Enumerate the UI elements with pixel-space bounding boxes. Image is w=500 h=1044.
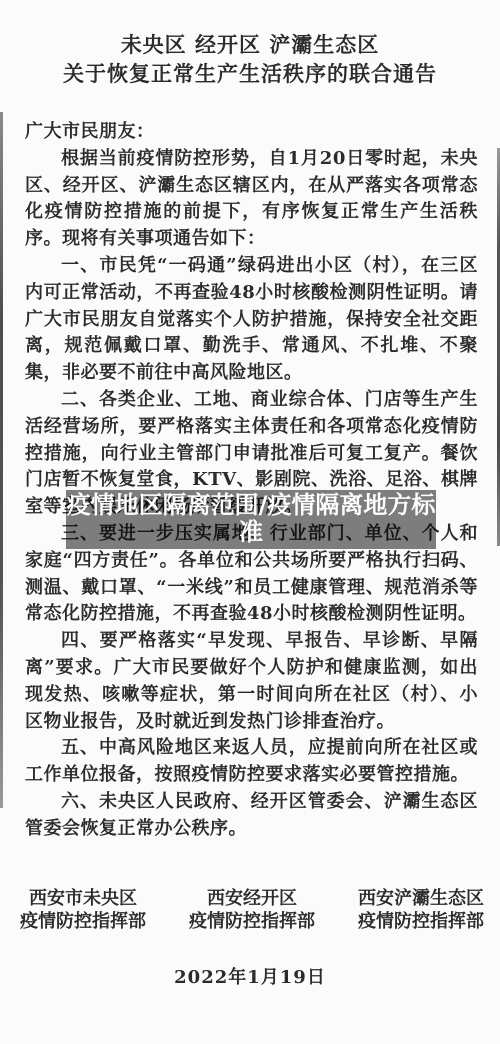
notice-paragraph-5: 四、要严格落实“早发现、早报告、早诊断、早隔离”要求。广大市民要做好个人防护和健…: [25, 628, 478, 735]
notice-title-line1: 未央区 经开区 浐灞生态区: [0, 30, 500, 59]
signature-block: 西安市未央区 疫情防控指挥部 西安经开区 疫情防控指挥部 西安浐灞生态区 疫情防…: [20, 887, 484, 933]
signature-dept: 疫情防控指挥部: [20, 910, 146, 933]
caption-overlay: 疫情地区隔离范围/疫情隔离地方标准: [66, 490, 436, 549]
notice-title: 未央区 经开区 浐灞生态区 关于恢复正常生产生活秩序的联合通告: [0, 0, 500, 88]
notice-paragraph-7: 六、未央区人民政府、经开区管委会、浐灞生态区管委会恢复正常办公秩序。: [25, 789, 478, 843]
scanned-notice-page: 未央区 经开区 浐灞生态区 关于恢复正常生产生活秩序的联合通告 广大市民朋友： …: [0, 0, 500, 1044]
signature-dept: 疫情防控指挥部: [189, 910, 315, 933]
notice-paragraph-2: 一、市民凭“一码通”绿码进出小区（村），在三区内可正常活动，不再查验48小时核酸…: [25, 253, 478, 387]
notice-paragraph-6: 五、中高风险地区来返人员，应提前向所在社区或工作单位报备，按照疫情防控要求落实必…: [25, 735, 478, 789]
salutation: 广大市民朋友：: [25, 119, 478, 146]
signature-org: 西安浐灞生态区: [358, 887, 484, 910]
signature-jingkai: 西安经开区 疫情防控指挥部: [189, 887, 315, 933]
signature-weiyang: 西安市未央区 疫情防控指挥部: [20, 887, 146, 933]
caption-text: 疫情地区隔离范围/疫情隔离地方标准: [67, 491, 436, 546]
notice-paragraph-1: 根据当前疫情防控形势，自1月20日零时起，未央区、经开区、浐灞生态区辖区内，在从…: [25, 146, 478, 253]
notice-date: 2022年1月19日: [0, 963, 500, 989]
signature-chanba: 西安浐灞生态区 疫情防控指挥部: [358, 887, 484, 933]
notice-body: 广大市民朋友： 根据当前疫情防控形势，自1月20日零时起，未央区、经开区、浐灞生…: [25, 119, 478, 843]
signature-org: 西安市未央区: [20, 887, 146, 910]
signature-dept: 疫情防控指挥部: [358, 910, 484, 933]
signature-org: 西安经开区: [189, 887, 315, 910]
scan-edge-left: [0, 112, 3, 808]
notice-title-line2: 关于恢复正常生产生活秩序的联合通告: [0, 59, 500, 88]
